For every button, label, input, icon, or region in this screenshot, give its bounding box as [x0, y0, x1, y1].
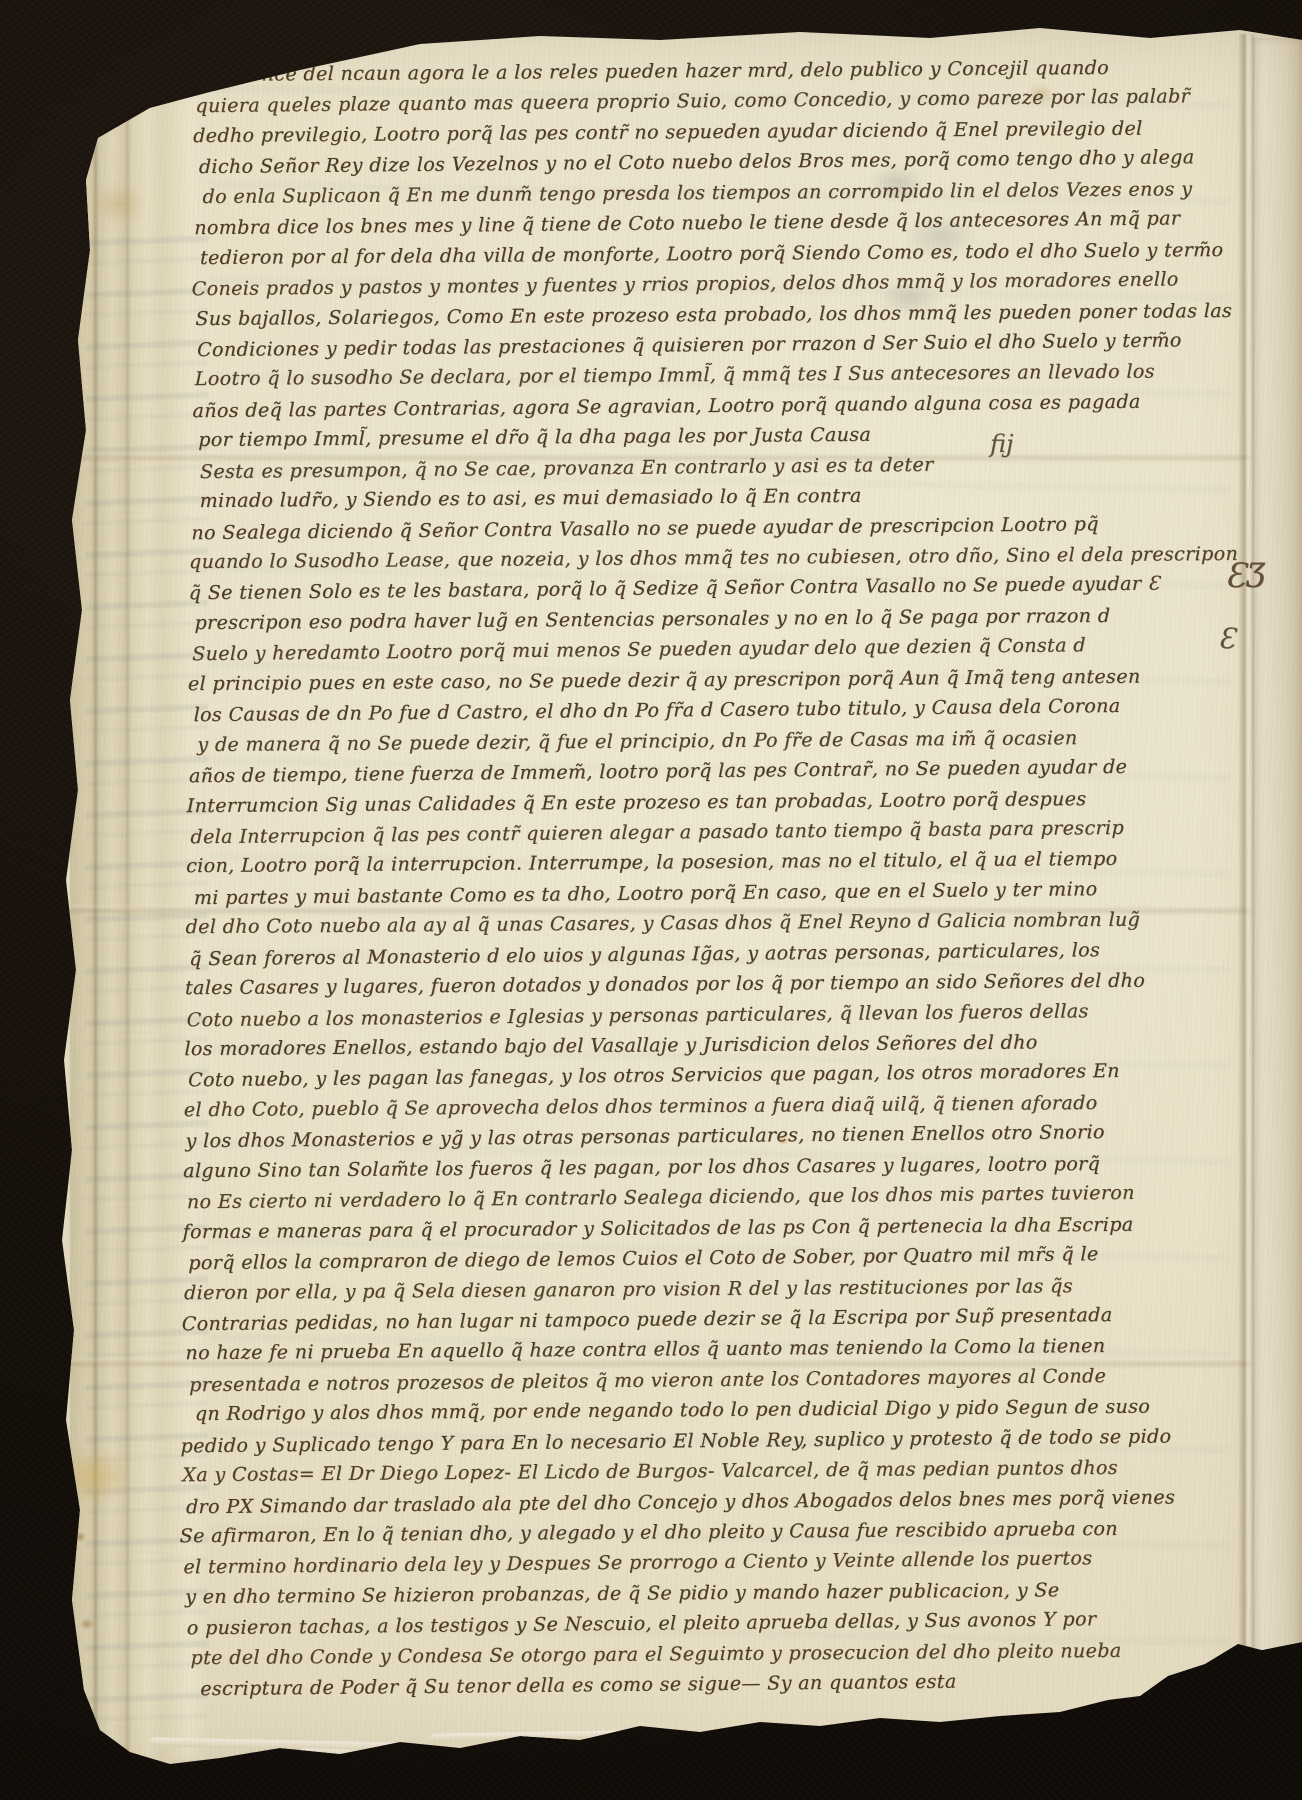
paper-grain-texture	[0, 0, 1302, 1800]
manuscript-line: dedho previlegio, Lootro porq̃ las pes c…	[193, 113, 1249, 152]
manuscript-line: Xa y Costas= El Dr Diego Lopez- El Licdo…	[182, 1452, 1236, 1491]
adjacent-folio-edge	[1252, 38, 1302, 1660]
manuscript-line: presentada e notros prozesos de pleitos …	[189, 1360, 1237, 1401]
manuscript-line: el dho Coto, pueblo q̃ Se aprovecha delo…	[184, 1087, 1240, 1126]
manuscript-line: escriptura de Poder q̃ Su tenor della es…	[200, 1664, 1234, 1705]
manuscript-line: Suelo y heredamto Lootro porq̃ mui menos…	[192, 629, 1244, 670]
marginal-mark: ƐƷ	[1225, 556, 1265, 596]
verso-ink-show-through-faint	[210, 60, 1230, 1710]
manuscript-line: Coto nuebo a los monasterios e Iglesias …	[187, 994, 1241, 1035]
manuscript-line: dicho Señor Rey dize los Vezelnos y no e…	[199, 142, 1249, 183]
paper-stain	[58, 1448, 130, 1506]
manuscript-line: Interrumcion Sig unas Calidades q̃ En es…	[187, 782, 1243, 821]
manuscript-line: por tiempo Imml̃, presume el dr̃o q̃ la …	[198, 417, 1246, 456]
manuscript-line: no haze fe ni prueba En aquello q̃ haze …	[185, 1330, 1237, 1369]
manuscript-line: formas e maneras para q̃ el procurador y…	[183, 1209, 1239, 1248]
manuscript-text-block: ne, Conce del ncaun agora le a los reles…	[178, 52, 1250, 1704]
manuscript-line: Contrarias pedidas, no han lugar ni tamp…	[182, 1299, 1238, 1340]
paper-stain	[92, 182, 146, 226]
manuscript-line: y los dhos Monasterios e yg̃ y las otras…	[185, 1116, 1239, 1157]
manuscript-line: minado ludr̃o, y Siendo es to asi, es mu…	[200, 478, 1246, 517]
manuscript-line: q̃ Se tienen Solo es te les bastara, por…	[189, 568, 1245, 609]
paper-stain	[1028, 84, 1054, 104]
manuscript-line: dro PX Simando dar traslado ala pte del …	[186, 1481, 1236, 1522]
paper-stain	[778, 1136, 788, 1145]
manuscript-line: los Causas de dn Po fue d Castro, el dho…	[193, 690, 1243, 731]
manuscript-line: porq̃ ellos la compraron de diego de lem…	[188, 1238, 1238, 1279]
marginal-mark: fij	[990, 430, 1013, 458]
manuscript-line: Sus bajallos, Solariegos, Como En este p…	[195, 295, 1247, 334]
horizontal-fold-crease	[70, 1358, 1250, 1368]
manuscript-line: tales Casares y lugares, fueron dotados …	[185, 965, 1241, 1004]
manuscript-line: Sesta es presumpon, q̃ no Se cae, provan…	[200, 446, 1246, 487]
manuscript-line: q̃ Sean foreros al Monasterio d elo uios…	[189, 933, 1241, 974]
scanned-manuscript-page: ne, Conce del ncaun agora le a los reles…	[0, 0, 1302, 1800]
manuscript-line: y de manera q̃ no Se puede dezir, q̃ fue…	[197, 721, 1243, 760]
manuscript-line: nombra dice los bnes mes y line q̃ tiene…	[194, 203, 1248, 244]
manuscript-line: años de tiempo, tiene fuerza de Immem̃, …	[189, 751, 1243, 792]
manuscript-line: el termino hordinario dela ley y Despues…	[183, 1542, 1235, 1583]
manuscript-line: mi partes y mui bastante Como es ta dho,…	[194, 873, 1242, 914]
manuscript-line: o pusieron tachas, a los testigos y Se N…	[187, 1603, 1235, 1644]
manuscript-line: Lootro q̃ lo susodho Se declara, por el …	[195, 356, 1247, 395]
left-deckled-edge-stack	[70, 90, 210, 1760]
manuscript-line: los moradores Enellos, estando bajo del …	[184, 1026, 1240, 1065]
manuscript-line: pedido y Suplicado tengo Y para En lo ne…	[180, 1420, 1236, 1461]
manuscript-line: del dho Coto nuebo ala ay al q̃ unas Cas…	[185, 904, 1241, 943]
manuscript-line: alguno Sino tan Solam̃te los fueros q̃ l…	[183, 1148, 1239, 1187]
manuscript-line: Coneis prados y pastos y montes y fuente…	[192, 264, 1248, 305]
manuscript-line: dieron por ella, y pa q̃ Sela diesen gan…	[184, 1269, 1238, 1308]
manuscript-line: Se afirmaron, En lo q̃ tenian dho, y ale…	[180, 1513, 1236, 1552]
torn-edge-fibers	[300, 1748, 420, 1759]
torn-edge-fibers	[150, 1737, 410, 1751]
manuscript-line: Condiciones y pedir todas las prestacion…	[197, 325, 1247, 366]
verso-ink-show-through-stamp	[836, 138, 1011, 343]
manuscript-line: y en dho termino Se hizieron probanzas, …	[185, 1574, 1235, 1613]
marginal-mark: Ɛ	[1218, 622, 1235, 655]
manuscript-line: prescripon eso podra haver lug̃ en Sente…	[194, 600, 1244, 639]
vertical-fold-crease	[1238, 34, 1254, 1654]
paper-stain	[74, 1532, 86, 1542]
horizontal-fold-crease	[70, 905, 1250, 915]
manuscript-line: no Es cierto ni verdadero lo q̃ En contr…	[187, 1177, 1239, 1218]
manuscript-line: quiera queles plaze quanto mas queera pr…	[195, 81, 1249, 122]
manuscript-line: cion, Lootro porq̃ la interrupcion. Inte…	[186, 843, 1242, 882]
torn-edge-fibers	[430, 1730, 630, 1741]
marginal-mark: 2	[1156, 1706, 1164, 1721]
marginal-marks-layer: fijƐƷƐ2	[0, 0, 1302, 1800]
horizontal-fold-crease	[70, 452, 1250, 462]
manuscript-line: el principio pues en este caso, no Se pu…	[188, 661, 1244, 700]
paper-stain	[80, 1618, 94, 1630]
verso-ink-show-through-column	[86, 225, 208, 1725]
manuscript-line: quando lo Susodho Lease, que nozeia, y l…	[189, 539, 1245, 578]
manuscript-line: do enla Suplicaon q̃ En me dunm̃ tengo p…	[202, 174, 1248, 213]
manuscript-line: pte del dho Conde y Condesa Se otorgo pa…	[190, 1635, 1234, 1674]
manuscript-line: qn Rodrigo y alos dhos mmq̃, por ende ne…	[195, 1391, 1237, 1430]
manuscript-line: dela Interrupcion q̃ las pes contr̃ quie…	[190, 812, 1242, 853]
manuscript-line: no Sealega diciendo q̃ Señor Contra Vasa…	[191, 507, 1245, 548]
manuscript-line: Coto nuebo, y les pagan las fanegas, y l…	[188, 1055, 1240, 1096]
paper-sheet: ne, Conce del ncaun agora le a los reles…	[0, 0, 1302, 1800]
manuscript-line: años deq̃ las partes Contrarias, agora S…	[192, 386, 1246, 427]
manuscript-line: ne, Conce del ncaun agora le a los reles…	[198, 52, 1250, 91]
manuscript-line: tedieron por al for dela dha villa de mo…	[200, 234, 1248, 273]
